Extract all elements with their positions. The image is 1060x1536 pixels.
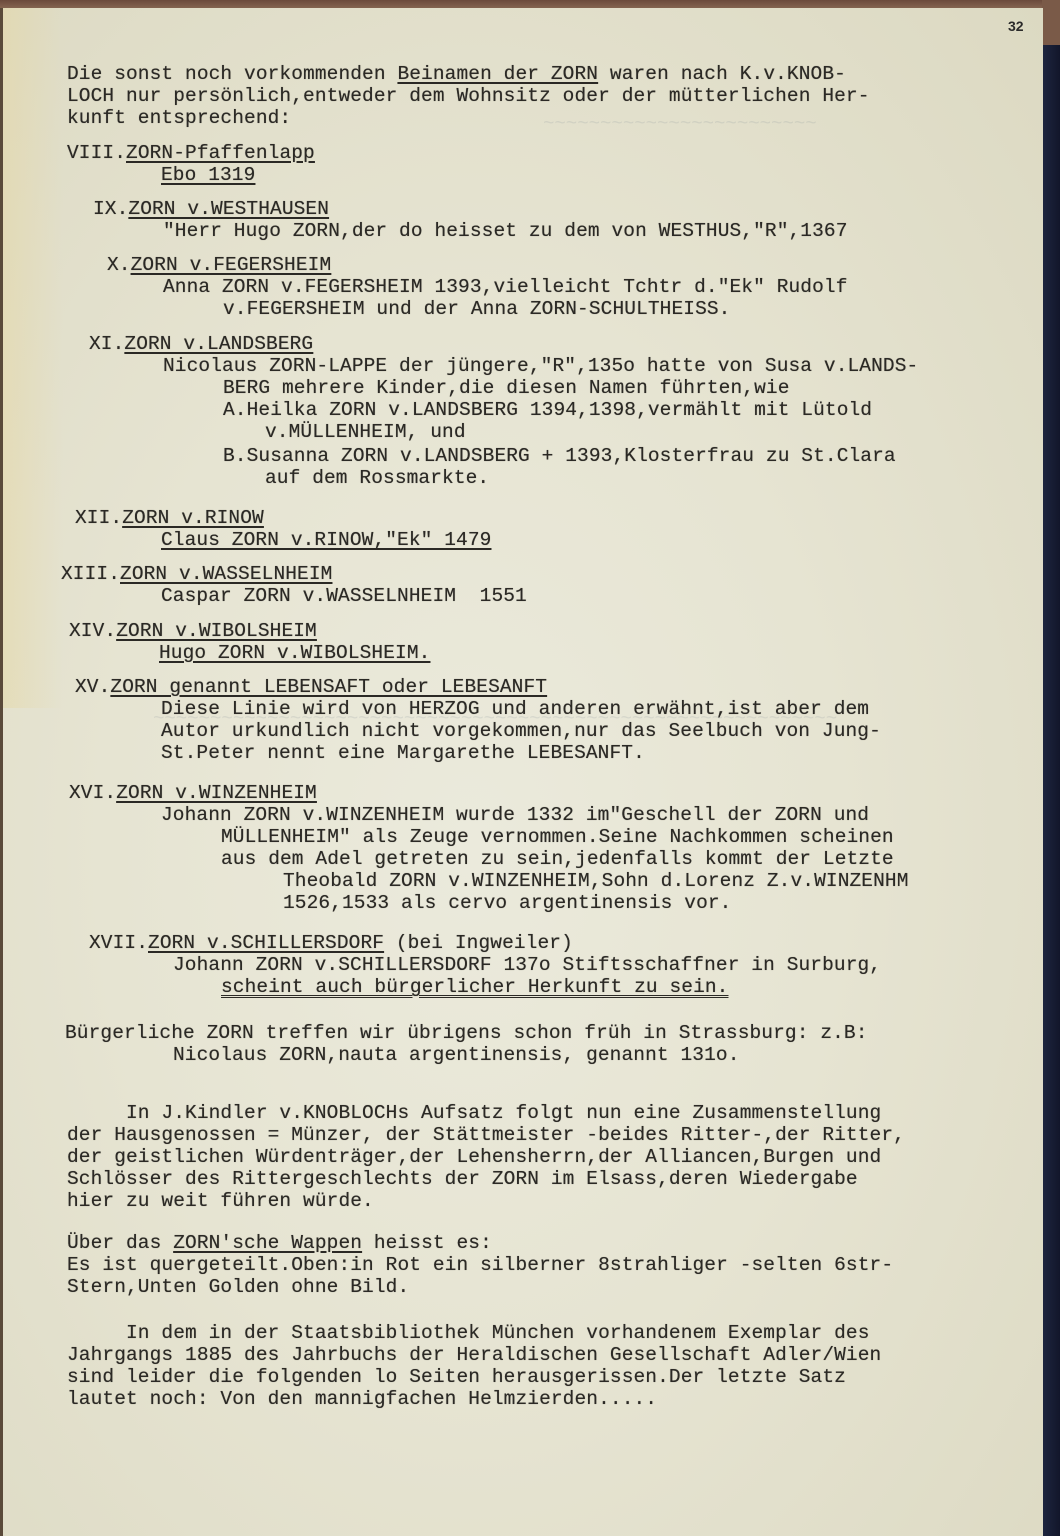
intro-line-3: kunft entsprechend: xyxy=(67,107,291,129)
book-cover-edge xyxy=(1042,0,1060,1536)
entry-heading: XVI.ZORN v.WINZENHEIM xyxy=(69,782,317,804)
entry-line: Hugo ZORN v.WIBOLSHEIM. xyxy=(159,642,430,664)
entry-line: A.Heilka ZORN v.LANDSBERG 1394,1398,verm… xyxy=(223,399,872,421)
kindler-line: In J.Kindler v.KNOBLOCHs Aufsatz folgt n… xyxy=(67,1102,881,1124)
entry-line: Caspar ZORN v.WASSELNHEIM 1551 xyxy=(161,585,527,607)
wappen-line-3: Stern,Unten Golden ohne Bild. xyxy=(67,1276,409,1298)
entry-line: v.FEGERSHEIM und der Anna ZORN-SCHULTHEI… xyxy=(223,298,730,320)
kindler-line: der geistlichen Würdenträger,der Lehensh… xyxy=(67,1146,881,1168)
wappen-line-2: Es ist quergeteilt.Oben:in Rot ein silbe… xyxy=(67,1254,893,1276)
entry-line: Ebo 1319 xyxy=(161,164,255,186)
entry-line: v.MÜLLENHEIM, und xyxy=(265,421,466,443)
entry-line: Johann ZORN v.WINZENHEIM wurde 1332 im"G… xyxy=(161,804,869,826)
entry-heading: XIV.ZORN v.WIBOLSHEIM xyxy=(69,620,317,642)
bleed-through-text: ~~~~~~~~~~~~~~~~~~~~~~~~ xyxy=(543,113,817,135)
entry-line: BERG mehrere Kinder,die diesen Namen füh… xyxy=(223,377,790,399)
entry-line: aus dem Adel getreten zu sein,jedenfalls… xyxy=(221,848,894,870)
entry-line: MÜLLENHEIM" als Zeuge vernommen.Seine Na… xyxy=(221,826,894,848)
kindler-line: der Hausgenossen = Münzer, der Stättmeis… xyxy=(67,1124,905,1146)
munich-line: Jahrgangs 1885 des Jahrbuchs der Heraldi… xyxy=(67,1344,881,1366)
entry-line: auf dem Rossmarkte. xyxy=(265,467,489,489)
entry-line: Theobald ZORN v.WINZENHEIM,Sohn d.Lorenz… xyxy=(283,870,909,892)
entry-heading: IX.ZORN v.WESTHAUSEN xyxy=(93,198,329,220)
entry-line: Claus ZORN v.RINOW,"Ek" 1479 xyxy=(161,529,491,551)
typewritten-page: 32 ~~~~~~~~~~~~~~~~~~~~~~~~ ~~~~~~~~~~~~… xyxy=(3,8,1043,1536)
kindler-line: Schlösser des Rittergeschlechts der ZORN… xyxy=(67,1168,858,1190)
entry-line: Diese Linie wird von HERZOG und anderen … xyxy=(161,698,869,720)
burgher-line-2: Nicolaus ZORN,nauta argentinensis, genan… xyxy=(173,1044,740,1066)
burgher-line-1: Bürgerliche ZORN treffen wir übrigens sc… xyxy=(65,1022,868,1044)
page-number: 32 xyxy=(1008,18,1024,34)
munich-line: lautet noch: Von den mannigfachen Helmzi… xyxy=(67,1388,657,1410)
intro-line-1: Die sonst noch vorkommenden Beinamen der… xyxy=(67,63,846,85)
entry-line: 1526,1533 als cervo argentinensis vor. xyxy=(283,892,731,914)
entry-heading: XII.ZORN v.RINOW xyxy=(75,507,264,529)
entry-heading: XIII.ZORN v.WASSELNHEIM xyxy=(61,563,332,585)
intro-line-2: LOCH nur persönlich,entweder dem Wohnsit… xyxy=(67,85,870,107)
wappen-line-1: Über das ZORN'sche Wappen heisst es: xyxy=(67,1232,492,1254)
entry-line: B.Susanna ZORN v.LANDSBERG + 1393,Kloste… xyxy=(223,445,896,467)
entry-line: Johann ZORN v.SCHILLERSDORF 137o Stiftss… xyxy=(173,954,881,976)
entry-heading: XVII.ZORN v.SCHILLERSDORF (bei Ingweiler… xyxy=(89,932,573,954)
entry-line: Anna ZORN v.FEGERSHEIM 1393,vielleicht T… xyxy=(163,276,848,298)
entry-line: St.Peter nennt eine Margarethe LEBESANFT… xyxy=(161,742,645,764)
entry-line: scheint auch bürgerlicher Herkunft zu se… xyxy=(221,976,728,998)
munich-line: In dem in der Staatsbibliothek München v… xyxy=(67,1322,870,1344)
kindler-line: hier zu weit führen würde. xyxy=(67,1190,374,1212)
munich-line: sind leider die folgenden lo Seiten hera… xyxy=(67,1366,846,1388)
entry-heading: VIII.ZORN-Pfaffenlapp xyxy=(67,142,315,164)
entry-heading: XV.ZORN genannt LEBENSAFT oder LEBESANFT xyxy=(75,676,547,698)
entry-line: Nicolaus ZORN-LAPPE der jüngere,"R",135o… xyxy=(163,355,918,377)
entry-line: Autor urkundlich nicht vorgekommen,nur d… xyxy=(161,720,881,742)
entry-heading: X.ZORN v.FEGERSHEIM xyxy=(107,254,331,276)
entry-heading: XI.ZORN v.LANDSBERG xyxy=(89,333,313,355)
entry-line: "Herr Hugo ZORN,der do heisset zu dem vo… xyxy=(163,220,848,242)
